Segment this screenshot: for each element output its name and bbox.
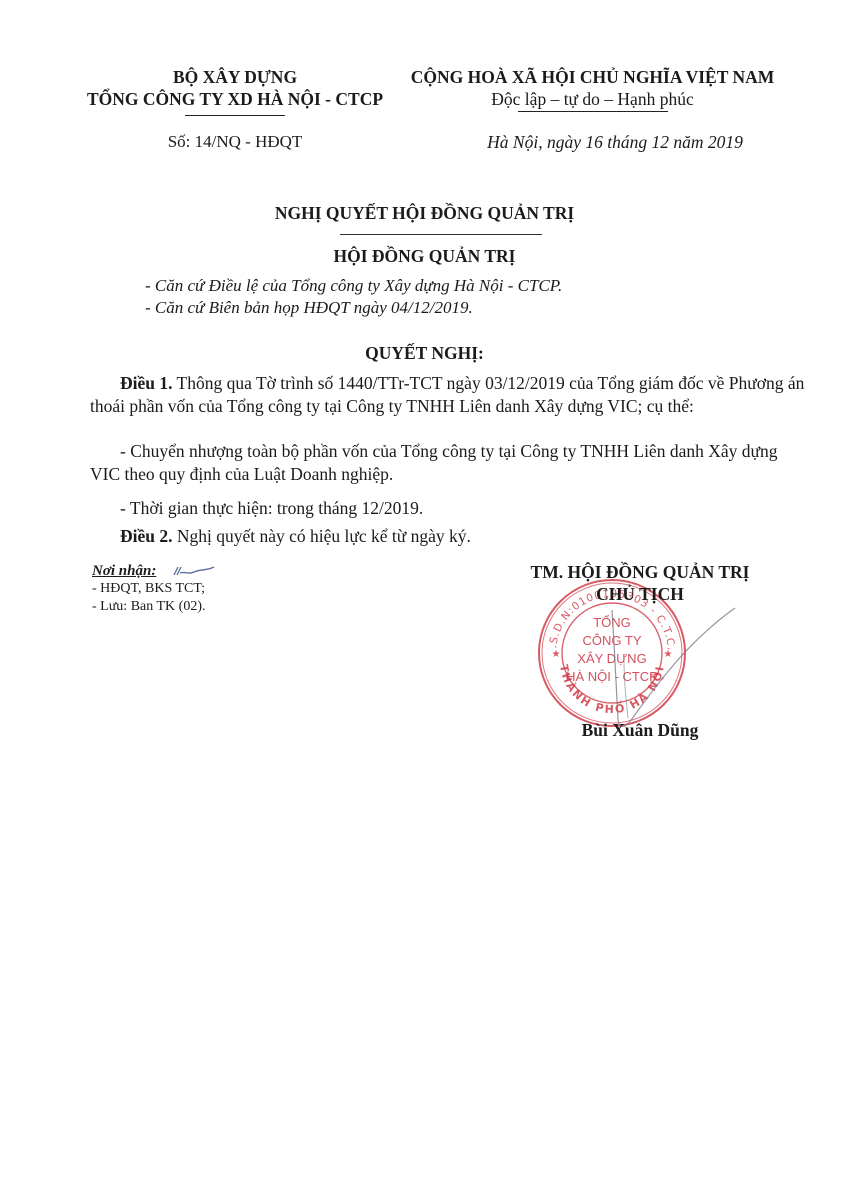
article-1-transfer: - Chuyển nhượng toàn bộ phần vốn của Tổn…	[90, 440, 810, 486]
nation-title: CỘNG HOÀ XÃ HỘI CHỦ NGHĨA VIỆT NAM	[395, 66, 790, 88]
ministry-name: BỘ XÂY DỰNG	[80, 66, 390, 88]
legal-basis-item: - Căn cứ Biên bản họp HĐQT ngày 04/12/20…	[145, 297, 562, 319]
national-header: CỘNG HOÀ XÃ HỘI CHỦ NGHĨA VIỆT NAM Độc l…	[395, 66, 790, 110]
resolve-heading: QUYẾT NGHỊ:	[0, 343, 849, 364]
recipient-item: - Lưu: Ban TK (02).	[92, 598, 205, 616]
article-1: Điều 1. Thông qua Tờ trình số 1440/TTr-T…	[90, 372, 810, 418]
article-1-timeline: - Thời gian thực hiện: trong tháng 12/20…	[120, 497, 423, 520]
signer-name: Bùi Xuân Dũng	[500, 720, 780, 741]
article-1-text: Thông qua Tờ trình số 1440/TTr-TCT ngày …	[90, 373, 804, 416]
title-divider	[340, 234, 542, 235]
legal-basis-item: - Căn cứ Điều lệ của Tổng công ty Xây dự…	[145, 275, 562, 297]
on-behalf-of: TM. HỘI ĐỒNG QUẢN TRỊ	[500, 561, 780, 583]
motto-underline	[518, 111, 668, 112]
national-motto: Độc lập – tự do – Hạnh phúc	[395, 88, 790, 110]
company-name: TỔNG CÔNG TY XD HÀ NỘI - CTCP	[80, 88, 390, 110]
issuing-board: HỘI ĐỒNG QUẢN TRỊ	[0, 246, 849, 267]
legal-bases: - Căn cứ Điều lệ của Tổng công ty Xây dự…	[145, 275, 562, 319]
document-number: Số: 14/NQ - HĐQT	[80, 132, 390, 152]
recipient-item: - HĐQT, BKS TCT;	[92, 580, 205, 598]
header-left-divider	[185, 115, 285, 116]
svg-text:★: ★	[552, 649, 561, 660]
initial-scribble-icon	[172, 563, 216, 579]
document-title: NGHỊ QUYẾT HỘI ĐỒNG QUẢN TRỊ	[0, 203, 849, 224]
issuing-authority: BỘ XÂY DỰNG TỔNG CÔNG TY XD HÀ NỘI - CTC…	[80, 66, 390, 110]
article-1-label: Điều 1.	[120, 373, 173, 393]
signer-position: CHỦ TỊCH	[500, 583, 780, 605]
article-2: Điều 2. Nghị quyết này có hiệu lực kể từ…	[120, 525, 471, 548]
signature-authority: TM. HỘI ĐỒNG QUẢN TRỊ CHỦ TỊCH	[500, 561, 780, 605]
article-2-text: Nghị quyết này có hiệu lực kể từ ngày ký…	[173, 526, 471, 546]
date-location: Hà Nội, ngày 16 tháng 12 năm 2019	[395, 132, 795, 153]
article-2-label: Điều 2.	[120, 526, 173, 546]
